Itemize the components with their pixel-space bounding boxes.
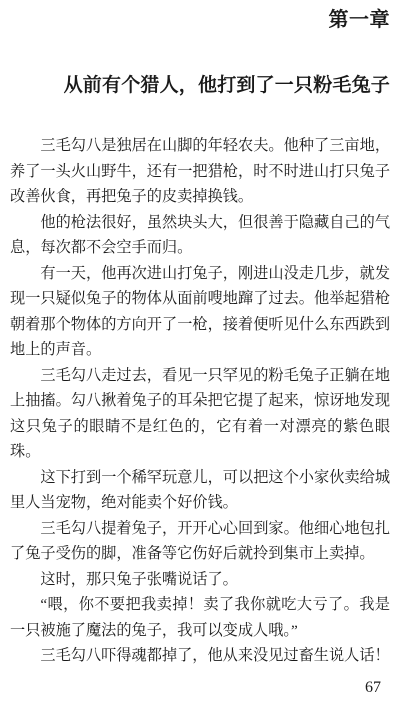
page-number: 67 — [365, 680, 381, 696]
paragraph: 三毛勾八吓得魂都掉了，他从来没见过畜生说人话！ — [10, 643, 390, 669]
book-page: 第一章 从前有个猎人，他打到了一只粉毛兔子 三毛勾八是独居在山脚的年轻农夫。他种… — [0, 0, 400, 704]
paragraph: 他的枪法很好，虽然块头大，但很善于隐藏自己的气息，每次都不会空手而归。 — [10, 210, 390, 261]
story-body: 三毛勾八是独居在山脚的年轻农夫。他种了三亩地，养了一头火山野牛，还有一把猎枪，时… — [10, 133, 390, 669]
paragraph: 有一天，他再次进山打兔子，刚进山没走几步，就发现一只疑似兔子的物体从面前嗖地蹿了… — [10, 261, 390, 363]
paragraph: 三毛勾八提着兔子，开开心心回到家。他细心地包扎了兔子受伤的脚，准备等它伤好后就拎… — [10, 516, 390, 567]
chapter-header: 第一章 — [10, 10, 390, 31]
paragraph: “喂，你不要把我卖掉！卖了我你就吃大亏了。我是一只被施了魔法的兔子，我可以变成人… — [10, 592, 390, 643]
paragraph: 这下打到一个稀罕玩意儿，可以把这个小家伙卖给城里人当宠物，绝对能卖个好价钱。 — [10, 465, 390, 516]
paragraph: 这时，那只兔子张嘴说话了。 — [10, 567, 390, 593]
paragraph: 三毛勾八走过去，看见一只罕见的粉毛兔子正躺在地上抽搐。勾八揪着兔子的耳朵把它提了… — [10, 363, 390, 465]
paragraph: 三毛勾八是独居在山脚的年轻农夫。他种了三亩地，养了一头火山野牛，还有一把猎枪，时… — [10, 133, 390, 210]
story-title: 从前有个猎人，他打到了一只粉毛兔子 — [10, 75, 390, 96]
